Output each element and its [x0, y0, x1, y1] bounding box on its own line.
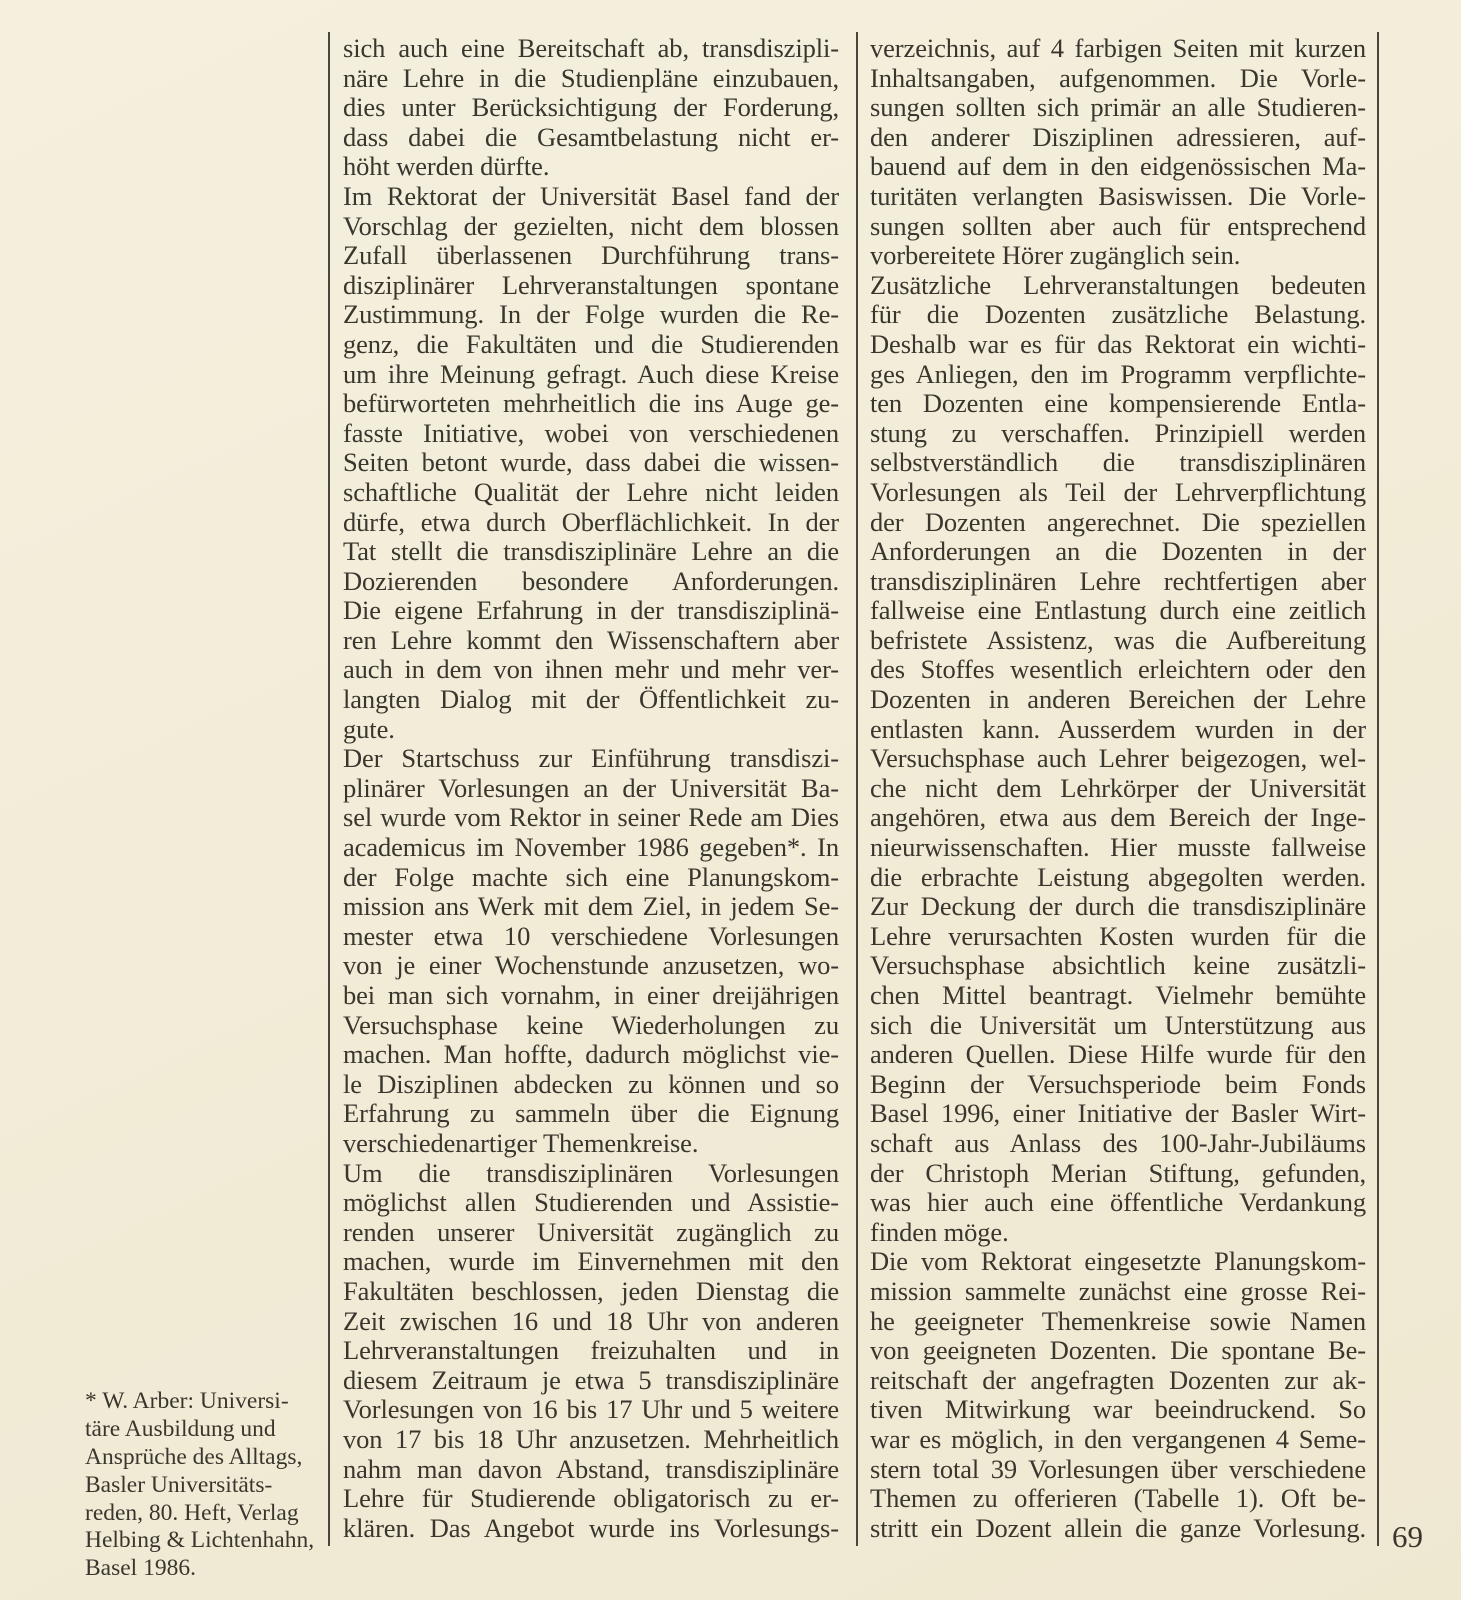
text-line: der Folge machte sich eine Planungskom-	[343, 863, 839, 893]
text-line: langten Dialog mit der Öffentlichkeit zu…	[343, 685, 839, 715]
text-column-left: sich auch eine Bereitschaft ab, transdis…	[343, 34, 839, 1543]
text-line: Die vom Rektorat eingesetzte Planungskom…	[870, 1247, 1366, 1277]
footnote-line: Ansprüche des Alltags,	[85, 1444, 325, 1472]
text-line: diesem Zeitraum je etwa 5 transdisziplin…	[343, 1366, 839, 1396]
text-line: Vorschlag der gezielten, nicht dem bloss…	[343, 212, 839, 242]
text-line: ren Lehre kommt den Wissenschaftern aber	[343, 626, 839, 656]
text-line: Tat stellt die transdisziplinäre Lehre a…	[343, 537, 839, 567]
text-line: genz, die Fakultäten und die Studierende…	[343, 330, 839, 360]
text-line: angehören, etwa aus dem Bereich der Inge…	[870, 803, 1366, 833]
paragraph: Der Startschuss zur Einführung transdisz…	[343, 744, 839, 1158]
text-line: Anforderungen an die Dozenten in der	[870, 537, 1366, 567]
text-line: Zufall überlassenen Durchführung trans-	[343, 241, 839, 271]
text-line: Beginn der Versuchsperiode beim Fonds	[870, 1070, 1366, 1100]
text-line: tiven Mitwirkung war beeindruckend. So	[870, 1395, 1366, 1425]
text-line: Lehre für Studierende obligatorisch zu e…	[343, 1484, 839, 1514]
text-line: machen. Man hoffte, dadurch möglichst vi…	[343, 1040, 839, 1070]
paragraph: Im Rektorat der Universität Basel fand d…	[343, 182, 839, 744]
text-line: für die Dozenten zusätzliche Belastung.	[870, 300, 1366, 330]
text-line: Vorlesungen von 16 bis 17 Uhr und 5 weit…	[343, 1395, 839, 1425]
text-line: nieurwissenschaften. Hier musste fallwei…	[870, 833, 1366, 863]
scanned-book-page: * W. Arber: Universi-täre Ausbildung und…	[0, 0, 1461, 1600]
paragraph: Zusätzliche Lehrveranstaltungen bedeuten…	[870, 271, 1366, 892]
footnote: * W. Arber: Universi-täre Ausbildung und…	[85, 1388, 325, 1583]
text-line: disziplinärer Lehrveranstaltungen sponta…	[343, 271, 839, 301]
text-line: machen, wurde im Einvernehmen mit den	[343, 1247, 839, 1277]
text-line: chen Mittel beantragt. Vielmehr bemühte	[870, 981, 1366, 1011]
paragraph: Zur Deckung der durch die transdisziplin…	[870, 892, 1366, 1247]
text-line: turitäten verlangten Basiswissen. Die Vo…	[870, 182, 1366, 212]
footnote-line: täre Ausbildung und	[85, 1416, 325, 1444]
text-line: Im Rektorat der Universität Basel fand d…	[343, 182, 839, 212]
text-line: mission sammelte zunächst eine grosse Re…	[870, 1277, 1366, 1307]
text-line: selbstverständlich die transdisziplinäre…	[870, 448, 1366, 478]
footnote-line: Basel 1986.	[85, 1555, 325, 1583]
text-line: Lehrveranstaltungen freizuhalten und in	[343, 1336, 839, 1366]
text-line: dass dabei die Gesamtbelastung nicht er-	[343, 123, 839, 153]
text-line: Versuchsphase absichtlich keine zusätzli…	[870, 951, 1366, 981]
text-line: ten Dozenten eine kompensierende Entla-	[870, 389, 1366, 419]
text-line: Seiten betont wurde, dass dabei die wiss…	[343, 448, 839, 478]
text-line: stern total 39 Vorlesungen über verschie…	[870, 1455, 1366, 1485]
text-line: bauend auf dem in den eidgenössischen Ma…	[870, 152, 1366, 182]
footnote-line: reden, 80. Heft, Verlag	[85, 1500, 325, 1528]
footnote-line: * W. Arber: Universi-	[85, 1388, 325, 1416]
text-line: Dozenten in anderen Bereichen der Lehre	[870, 685, 1366, 715]
text-line: klären. Das Angebot wurde ins Vorlesungs…	[343, 1514, 839, 1544]
text-line: nahm man davon Abstand, transdisziplinär…	[343, 1455, 839, 1485]
text-line: von 17 bis 18 Uhr anzusetzen. Mehrheitli…	[343, 1425, 839, 1455]
text-line: Zur Deckung der durch die transdisziplin…	[870, 892, 1366, 922]
text-line: Zustimmung. In der Folge wurden die Re-	[343, 300, 839, 330]
text-line: schaftliche Qualität der Lehre nicht lei…	[343, 478, 839, 508]
text-line: Basel 1996, einer Initiative der Basler …	[870, 1099, 1366, 1129]
text-line: renden unserer Universität zugänglich zu	[343, 1218, 839, 1248]
paragraph: sich auch eine Bereitschaft ab, transdis…	[343, 34, 839, 182]
text-line: le Disziplinen abdecken zu können und so	[343, 1070, 839, 1100]
text-line: stritt ein Dozent allein die ganze Vorle…	[870, 1514, 1366, 1544]
column-divider-rule	[856, 32, 858, 1546]
text-line: Vorlesungen als Teil der Lehrverpflichtu…	[870, 478, 1366, 508]
text-line: möglichst allen Studierenden und Assisti…	[343, 1188, 839, 1218]
text-line: des Stoffes wesentlich erleichtern oder …	[870, 655, 1366, 685]
text-line: dürfe, etwa durch Oberflächlichkeit. In …	[343, 508, 839, 538]
text-line: die erbrachte Leistung abgegolten werden…	[870, 863, 1366, 893]
text-line: Dozierenden besondere Anforderungen.	[343, 567, 839, 597]
text-line: befristete Assistenz, was die Aufbereitu…	[870, 626, 1366, 656]
text-line: Versuchsphase keine Wiederholungen zu	[343, 1011, 839, 1041]
text-line: der Dozenten angerechnet. Die speziellen	[870, 508, 1366, 538]
paragraph: Die vom Rektorat eingesetzte Planungskom…	[870, 1247, 1366, 1543]
text-line: sich auch eine Bereitschaft ab, transdis…	[343, 34, 839, 64]
text-line: um ihre Meinung gefragt. Auch diese Krei…	[343, 360, 839, 390]
text-line: sich die Universität um Unterstützung au…	[870, 1011, 1366, 1041]
text-line: mission ans Werk mit dem Ziel, in jedem …	[343, 892, 839, 922]
text-line: befürworteten mehrheitlich die ins Auge …	[343, 389, 839, 419]
text-line: ges Anliegen, den im Programm verpflicht…	[870, 360, 1366, 390]
text-line: Der Startschuss zur Einführung transdisz…	[343, 744, 839, 774]
text-line: transdisziplinären Lehre rechtfertigen a…	[870, 567, 1366, 597]
text-line: Fakultäten beschlossen, jeden Dienstag d…	[343, 1277, 839, 1307]
text-line: anderen Quellen. Diese Hilfe wurde für d…	[870, 1040, 1366, 1070]
text-line: che nicht dem Lehrkörper der Universität	[870, 774, 1366, 804]
footnote-line: Basler Universitäts-	[85, 1472, 325, 1500]
text-line: Versuchsphase auch Lehrer beigezogen, we…	[870, 744, 1366, 774]
text-line: dies unter Berücksichtigung der Forderun…	[343, 93, 839, 123]
text-line: he geeigneter Themenkreise sowie Namen	[870, 1307, 1366, 1337]
text-line: höht werden dürfte.	[343, 152, 839, 182]
text-line: der Christoph Merian Stiftung, gefunden,	[870, 1159, 1366, 1189]
text-line: sungen sollten aber auch für entsprechen…	[870, 212, 1366, 242]
text-line: verzeichnis, auf 4 farbigen Seiten mit k…	[870, 34, 1366, 64]
text-line: von je einer Wochenstunde anzusetzen, wo…	[343, 951, 839, 981]
text-line: vorbereitete Hörer zugänglich sein.	[870, 241, 1366, 271]
text-line: stung zu verschaffen. Prinzipiell werden	[870, 419, 1366, 449]
paragraph: Um die transdisziplinären Vorlesungenmög…	[343, 1159, 839, 1544]
text-line: sel wurde vom Rektor in seiner Rede am D…	[343, 803, 839, 833]
text-line: Zusätzliche Lehrveranstaltungen bedeuten	[870, 271, 1366, 301]
text-line: auch in dem von ihnen mehr und mehr ver-	[343, 655, 839, 685]
text-line: reitschaft der angefragten Dozenten zur …	[870, 1366, 1366, 1396]
text-line: fallweise eine Entlastung durch eine zei…	[870, 596, 1366, 626]
text-line: Lehre verursachten Kosten wurden für die	[870, 922, 1366, 952]
page-number-rule	[1377, 32, 1379, 1546]
text-line: sungen sollten sich primär an alle Studi…	[870, 93, 1366, 123]
text-line: entlasten kann. Ausserdem wurden in der	[870, 715, 1366, 745]
text-line: fasste Initiative, wobei von verschieden…	[343, 419, 839, 449]
text-line: gute.	[343, 715, 839, 745]
text-line: näre Lehre in die Studienpläne einzubaue…	[343, 64, 839, 94]
paragraph: verzeichnis, auf 4 farbigen Seiten mit k…	[870, 34, 1366, 271]
text-line: schaft aus Anlass des 100-Jahr-Jubiläums	[870, 1129, 1366, 1159]
text-line: Zeit zwischen 16 und 18 Uhr von anderen	[343, 1307, 839, 1337]
text-line: Die eigene Erfahrung in der transdiszipl…	[343, 596, 839, 626]
text-line: war es möglich, in den vergangenen 4 Sem…	[870, 1425, 1366, 1455]
text-line: den anderer Disziplinen adressieren, auf…	[870, 123, 1366, 153]
text-line: verschiedenartiger Themenkreise.	[343, 1129, 839, 1159]
text-line: Inhaltsangaben, aufgenommen. Die Vorle-	[870, 64, 1366, 94]
text-line: Deshalb war es für das Rektorat ein wich…	[870, 330, 1366, 360]
text-line: von geeigneten Dozenten. Die spontane Be…	[870, 1336, 1366, 1366]
text-line: Um die transdisziplinären Vorlesungen	[343, 1159, 839, 1189]
text-line: finden möge.	[870, 1218, 1366, 1248]
text-line: academicus im November 1986 gegeben*. In	[343, 833, 839, 863]
text-line: Erfahrung zu sammeln über die Eignung	[343, 1099, 839, 1129]
text-column-right: verzeichnis, auf 4 farbigen Seiten mit k…	[870, 34, 1366, 1543]
text-line: Themen zu offerieren (Tabelle 1). Oft be…	[870, 1484, 1366, 1514]
text-line: bei man sich vornahm, in einer dreijähri…	[343, 981, 839, 1011]
text-line: mester etwa 10 verschiedene Vorlesungen	[343, 922, 839, 952]
text-line: plinärer Vorlesungen an der Universität …	[343, 774, 839, 804]
text-line: was hier auch eine öffentliche Verdankun…	[870, 1188, 1366, 1218]
margin-rule	[328, 32, 330, 1546]
footnote-line: Helbing & Lichtenhahn,	[85, 1527, 325, 1555]
page-number: 69	[1392, 1520, 1423, 1554]
